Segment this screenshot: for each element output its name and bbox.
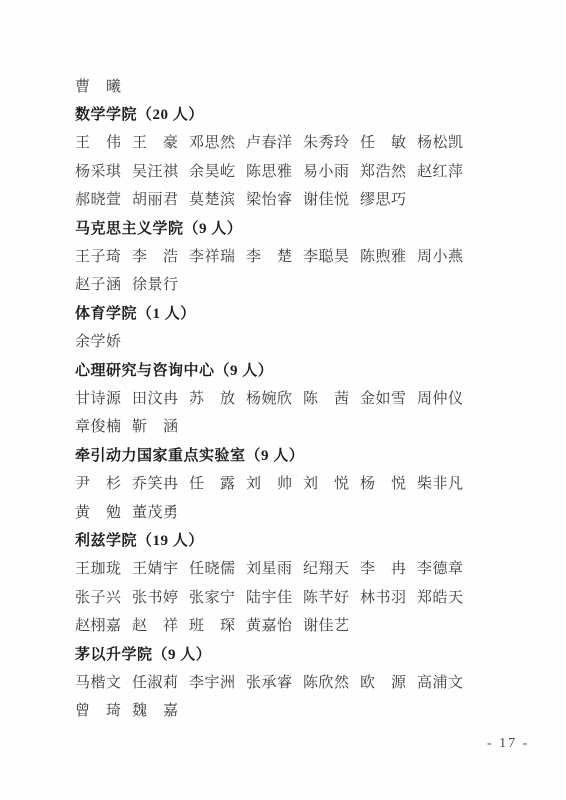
person-name: 柴非凡 [417,472,465,493]
person-name: 李 楚 [246,245,294,266]
person-name: 曾 琦 [75,699,123,720]
name-row: 曾 琦魏 嘉 [75,696,495,724]
person-name: 王婧宇 [132,557,180,578]
name-row: 张子兴张书婷张家宁陆宇佳陈芊好林书羽郑皓天 [75,582,495,610]
person-name: 董茂勇 [132,501,180,522]
name-row: 马楷文任淑莉李宇洲张承睿陈欣然欧 源高浦文 [75,667,495,695]
section-heading: 心理研究与咨询中心（9 人） [75,355,495,383]
person-name: 田汶冉 [132,387,180,408]
person-name: 任 敏 [360,131,408,152]
person-name: 尹 杉 [75,472,123,493]
person-name: 杨婉欣 [246,387,294,408]
person-name: 王 豪 [132,131,180,152]
person-name: 郑皓天 [417,586,465,607]
person-name: 曹 曦 [75,75,123,96]
person-name: 刘 悦 [303,472,351,493]
sections-container: 数学学院（20 人）王 伟王 豪邓思然卢春洋朱秀玲任 敏杨松凯杨采琪吴汪祺余昊屹… [75,99,495,724]
document-page: 曹 曦 数学学院（20 人）王 伟王 豪邓思然卢春洋朱秀玲任 敏杨松凯杨采琪吴汪… [0,0,566,800]
person-name: 王子琦 [75,245,123,266]
person-name: 胡丽君 [132,188,180,209]
person-name: 周小燕 [417,245,465,266]
name-row: 余学娇 [75,327,495,355]
person-name: 欧 源 [360,671,408,692]
person-name: 赵栩嘉 [75,614,123,635]
person-name: 吴汪祺 [132,160,180,181]
person-name: 李聪昊 [303,245,351,266]
person-name: 张承睿 [246,671,294,692]
continued-name-line: 曹 曦 [75,71,495,99]
person-name: 陈芊好 [303,586,351,607]
person-name: 金如雪 [360,387,408,408]
person-name: 黄 勉 [75,501,123,522]
person-name: 郑浩然 [360,160,408,181]
person-name: 易小雨 [303,160,351,181]
name-row: 尹 杉乔笑冉任 露刘 帅刘 悦杨 悦柴非凡 [75,468,495,496]
person-name: 赵 祥 [132,614,180,635]
person-name: 周仲仪 [417,387,465,408]
person-name: 林书羽 [360,586,408,607]
name-row: 王 伟王 豪邓思然卢春洋朱秀玲任 敏杨松凯 [75,128,495,156]
name-row: 章俊楠靳 涵 [75,412,495,440]
person-name: 陈欣然 [303,671,351,692]
person-name: 徐景行 [132,273,180,294]
person-name: 缪思巧 [360,188,408,209]
person-name: 陈煦雅 [360,245,408,266]
person-name: 邓思然 [189,131,237,152]
person-name: 梁怡睿 [246,188,294,209]
section-heading: 利兹学院（19 人） [75,525,495,553]
name-row: 杨采琪吴汪祺余昊屹陈思雅易小雨郑浩然赵红萍 [75,156,495,184]
person-name: 杨 悦 [360,472,408,493]
name-row: 赵子涵徐景行 [75,270,495,298]
person-name: 李 浩 [132,245,180,266]
page-number: - 17 - [487,736,529,752]
person-name: 高浦文 [417,671,465,692]
person-name: 靳 涵 [132,415,180,436]
person-name: 马楷文 [75,671,123,692]
section-heading: 马克思主义学院（9 人） [75,213,495,241]
person-name: 杨采琪 [75,160,123,181]
name-row: 郝晓萱胡丽君莫楚滨梁怡睿谢佳悦缪思巧 [75,185,495,213]
person-name: 王 伟 [75,131,123,152]
person-name: 黄嘉怡 [246,614,294,635]
name-row: 王珈珑王婧宇任晓儒刘星雨纪翔天李 冉李德章 [75,554,495,582]
person-name: 任淑莉 [132,671,180,692]
section-heading: 体育学院（1 人） [75,298,495,326]
person-name: 章俊楠 [75,415,123,436]
person-name: 班 琛 [189,614,237,635]
person-name: 任 露 [189,472,237,493]
name-row: 王子琦李 浩李祥瑞李 楚李聪昊陈煦雅周小燕 [75,241,495,269]
person-name: 赵红萍 [417,160,465,181]
person-name: 张书婷 [132,586,180,607]
person-name: 陈思雅 [246,160,294,181]
person-name: 陈 茜 [303,387,351,408]
person-name: 莫楚滨 [189,188,237,209]
person-name: 郝晓萱 [75,188,123,209]
person-name: 卢春洋 [246,131,294,152]
document-body: 曹 曦 数学学院（20 人）王 伟王 豪邓思然卢春洋朱秀玲任 敏杨松凯杨采琪吴汪… [75,71,495,724]
section-heading: 牵引动力国家重点实验室（9 人） [75,440,495,468]
section-heading: 数学学院（20 人） [75,99,495,127]
person-name: 甘诗源 [75,387,123,408]
person-name: 余学娇 [75,330,123,351]
person-name: 刘星雨 [246,557,294,578]
person-name: 乔笑冉 [132,472,180,493]
name-row: 黄 勉董茂勇 [75,497,495,525]
person-name: 李祥瑞 [189,245,237,266]
name-row: 甘诗源田汶冉苏 放杨婉欣陈 茜金如雪周仲仪 [75,383,495,411]
person-name: 张家宁 [189,586,237,607]
person-name: 陆宇佳 [246,586,294,607]
person-name: 李德章 [417,557,465,578]
person-name: 朱秀玲 [303,131,351,152]
person-name: 李宇洲 [189,671,237,692]
person-name: 纪翔天 [303,557,351,578]
person-name: 杨松凯 [417,131,465,152]
section-heading: 茅以升学院（9 人） [75,639,495,667]
person-name: 魏 嘉 [132,699,180,720]
person-name: 任晓儒 [189,557,237,578]
person-name: 余昊屹 [189,160,237,181]
person-name: 谢佳艺 [303,614,351,635]
name-row: 赵栩嘉赵 祥班 琛黄嘉怡谢佳艺 [75,610,495,638]
person-name: 赵子涵 [75,273,123,294]
person-name: 谢佳悦 [303,188,351,209]
person-name: 苏 放 [189,387,237,408]
person-name: 刘 帅 [246,472,294,493]
person-name: 张子兴 [75,586,123,607]
person-name: 李 冉 [360,557,408,578]
person-name: 王珈珑 [75,557,123,578]
